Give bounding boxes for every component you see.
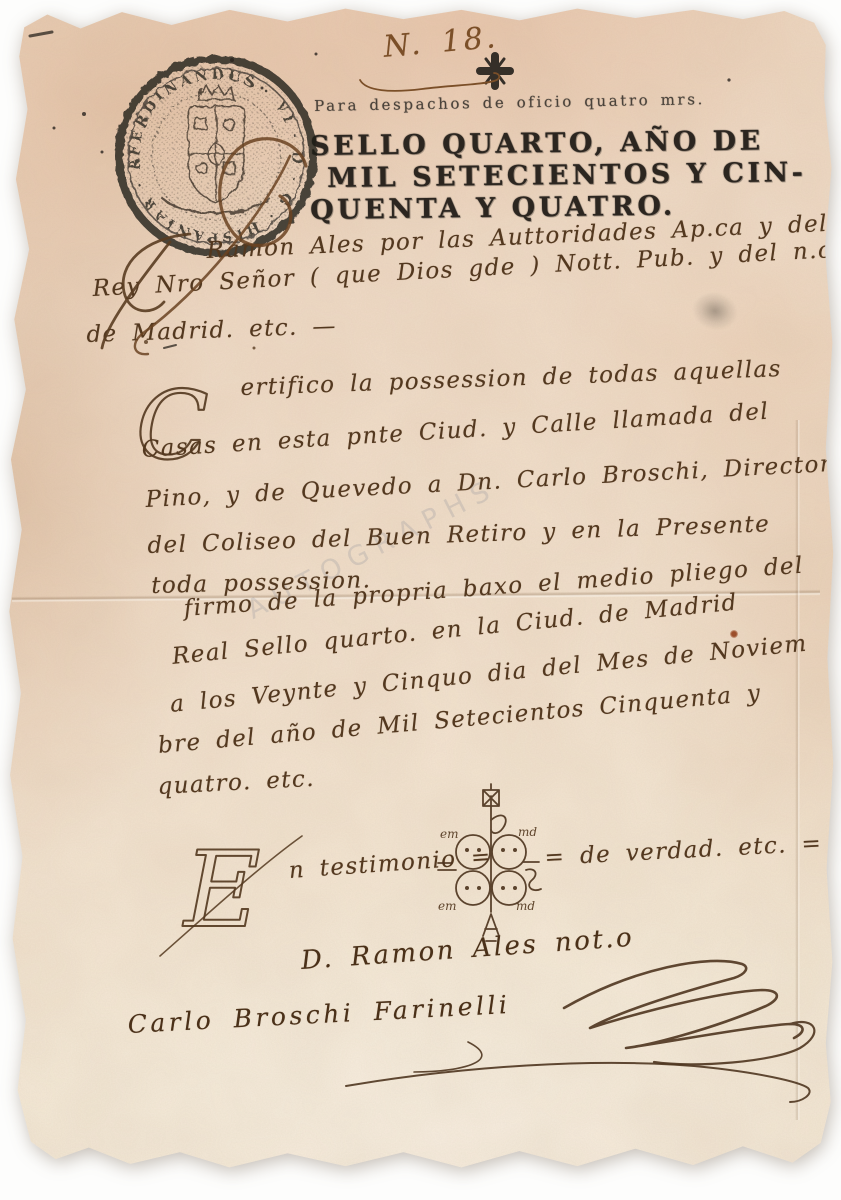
sign-label: md xyxy=(516,899,535,913)
scanned-manuscript-page: { "document": { "doc_number": "N. 18.", … xyxy=(0,0,841,1200)
attestation-right-text: = de verdad. etc. = xyxy=(544,830,823,871)
paper-content: N. 18. Para despachos de oficio quatro m… xyxy=(0,0,841,1200)
doc-number: N. 18. xyxy=(382,20,500,65)
handwritten-line: ertifico la possession de todas aquellas xyxy=(240,356,782,401)
attestation-initial-letter: E xyxy=(182,829,261,951)
handwritten-line: quatro. etc. xyxy=(157,766,316,800)
doc-number-underline xyxy=(360,73,499,91)
royal-stamp: FERDINANDUS · VI · D · G · HISPANIAR · R… xyxy=(106,46,326,266)
farinelli-signature: Carlo Broschi Farinelli xyxy=(127,990,511,1039)
royal-stamp-seal: FERDINANDUS · VI · D · G · HISPANIAR · R… xyxy=(106,46,326,266)
handwritten-line: de Madrid. etc. — xyxy=(86,313,337,348)
handwritten-line: Casas en esta pnte Ciud. y Calle llamada… xyxy=(141,399,770,463)
farinelli-flourish xyxy=(346,1042,810,1102)
seal-title-line-2: MIL SETECIENTOS Y CIN- xyxy=(327,157,807,194)
paper-shadow-wrap: N. 18. Para despachos de oficio quatro m… xyxy=(0,0,841,1200)
notary-signature: D. Ramon Ales not.o xyxy=(300,923,635,976)
tax-rate-line: Para despachos de oficio quatro mrs. xyxy=(314,90,705,115)
manuscript-paper: N. 18. Para despachos de oficio quatro m… xyxy=(6,4,834,1172)
attestation-left-text: n testimonio = xyxy=(288,844,493,884)
maltese-cross-icon xyxy=(480,56,510,86)
ink-smudge xyxy=(688,287,742,336)
attestation-initial-stroke xyxy=(160,836,302,956)
sign-label: em xyxy=(438,899,456,913)
para2-initial-letter: C xyxy=(136,371,209,481)
sign-label: md xyxy=(518,825,537,839)
notary-rubric-flourish xyxy=(564,961,814,1064)
seal-title-line-1: SELLO QUARTO, AÑO DE xyxy=(310,125,764,162)
sign-label: em xyxy=(440,827,458,841)
right-fold-crease xyxy=(795,420,800,1120)
